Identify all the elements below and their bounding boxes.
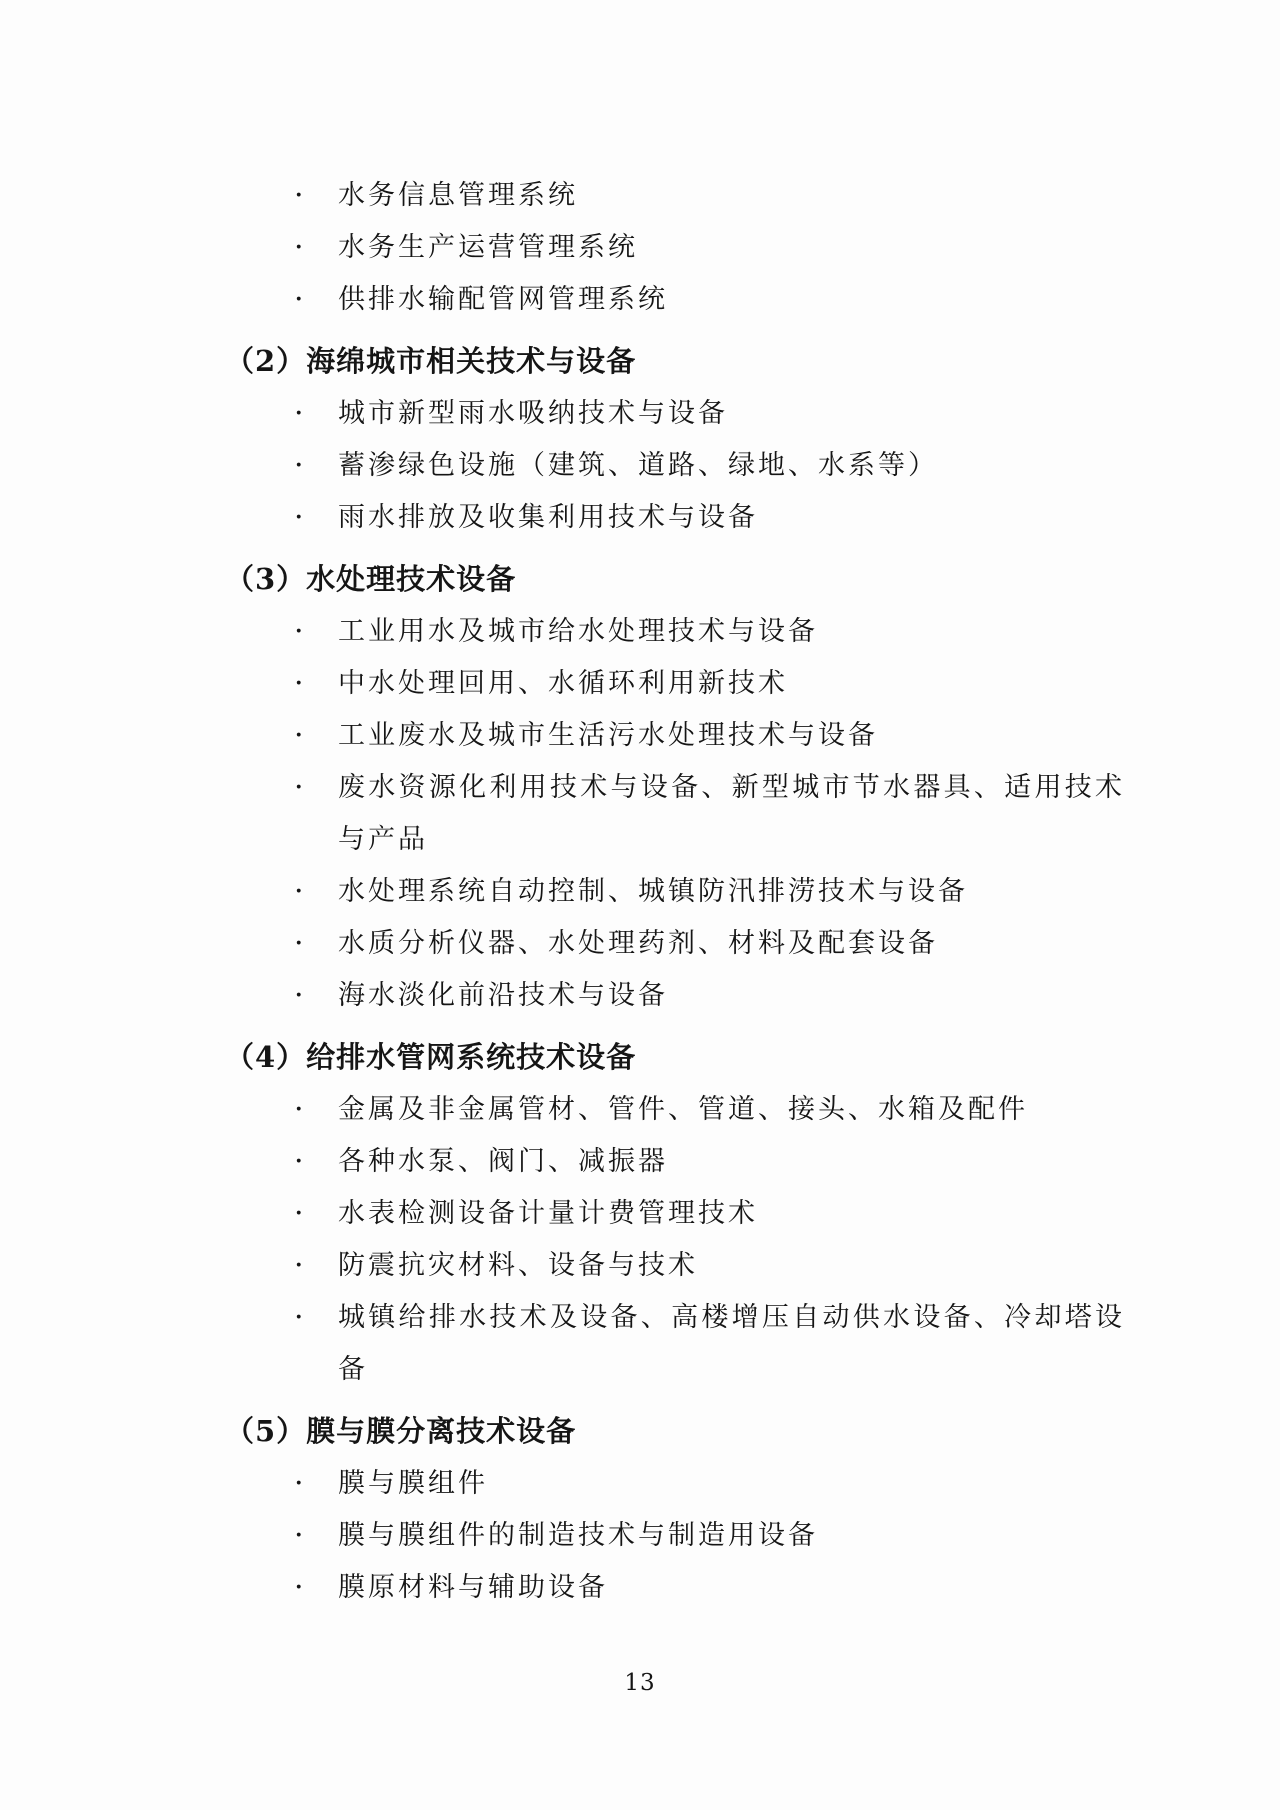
bullet-icon: · bbox=[294, 918, 338, 970]
list-item-text: 海水淡化前沿技术与设备 bbox=[338, 970, 1125, 1022]
list-item-text: 膜与膜组件的制造技术与制造用设备 bbox=[338, 1510, 1125, 1562]
list-item-text-wrap: 与产品 bbox=[338, 814, 1125, 866]
list-item-body: 水表检测设备计量计费管理技术 bbox=[338, 1188, 1125, 1240]
page-number: 13 bbox=[0, 1668, 1280, 1698]
list-item: · 膜与膜组件的制造技术与制造用设备 bbox=[294, 1510, 1125, 1562]
bullet-icon: · bbox=[294, 1458, 338, 1510]
list-item-text: 金属及非金属管材、管件、管道、接头、水箱及配件 bbox=[338, 1084, 1125, 1136]
list-item: · 雨水排放及收集利用技术与设备 bbox=[294, 492, 1125, 544]
list-item: · 城镇给排水技术及设备、高楼增压自动供水设备、冷却塔设 备 bbox=[294, 1292, 1125, 1396]
list-item-body: 膜与膜组件的制造技术与制造用设备 bbox=[338, 1510, 1125, 1562]
bullet-icon: · bbox=[294, 970, 338, 1022]
list-item: · 海水淡化前沿技术与设备 bbox=[294, 970, 1125, 1022]
bullet-icon: · bbox=[294, 762, 338, 866]
section-heading: （2）海绵城市相关技术与设备 bbox=[225, 334, 1125, 388]
list-item: · 城市新型雨水吸纳技术与设备 bbox=[294, 388, 1125, 440]
bullet-icon: · bbox=[294, 1510, 338, 1562]
list-item-body: 供排水输配管网管理系统 bbox=[338, 274, 1125, 326]
bullet-icon: · bbox=[294, 388, 338, 440]
bullet-icon: · bbox=[294, 1292, 338, 1396]
section-heading: （3）水处理技术设备 bbox=[225, 552, 1125, 606]
list-item-body: 防震抗灾材料、设备与技术 bbox=[338, 1240, 1125, 1292]
list-item: · 防震抗灾材料、设备与技术 bbox=[294, 1240, 1125, 1292]
section-heading: （5）膜与膜分离技术设备 bbox=[225, 1404, 1125, 1458]
bullet-icon: · bbox=[294, 1084, 338, 1136]
list-item-text: 水质分析仪器、水处理药剂、材料及配套设备 bbox=[338, 918, 1125, 970]
list-item: · 膜原材料与辅助设备 bbox=[294, 1562, 1125, 1614]
list-item-body: 水处理系统自动控制、城镇防汛排涝技术与设备 bbox=[338, 866, 1125, 918]
bullet-icon: · bbox=[294, 492, 338, 544]
list-item-text: 城镇给排水技术及设备、高楼增压自动供水设备、冷却塔设 bbox=[338, 1292, 1125, 1344]
list-item: · 水处理系统自动控制、城镇防汛排涝技术与设备 bbox=[294, 866, 1125, 918]
bullet-icon: · bbox=[294, 710, 338, 762]
list-item: · 水表检测设备计量计费管理技术 bbox=[294, 1188, 1125, 1240]
bullet-icon: · bbox=[294, 1562, 338, 1614]
list-item-body: 蓄渗绿色设施（建筑、道路、绿地、水系等） bbox=[338, 440, 1125, 492]
list-item-body: 海水淡化前沿技术与设备 bbox=[338, 970, 1125, 1022]
list-item-text: 雨水排放及收集利用技术与设备 bbox=[338, 492, 1125, 544]
list-item-text: 防震抗灾材料、设备与技术 bbox=[338, 1240, 1125, 1292]
list-item-text: 各种水泵、阀门、减振器 bbox=[338, 1136, 1125, 1188]
bullet-icon: · bbox=[294, 1136, 338, 1188]
bullet-icon: · bbox=[294, 222, 338, 274]
list-item: · 工业用水及城市给水处理技术与设备 bbox=[294, 606, 1125, 658]
list-item-body: 城镇给排水技术及设备、高楼增压自动供水设备、冷却塔设 备 bbox=[338, 1292, 1125, 1396]
list-item-text: 城市新型雨水吸纳技术与设备 bbox=[338, 388, 1125, 440]
list-item-text: 工业废水及城市生活污水处理技术与设备 bbox=[338, 710, 1125, 762]
bullet-icon: · bbox=[294, 440, 338, 492]
list-item: · 膜与膜组件 bbox=[294, 1458, 1125, 1510]
list-item: · 工业废水及城市生活污水处理技术与设备 bbox=[294, 710, 1125, 762]
list-item-text: 膜原材料与辅助设备 bbox=[338, 1562, 1125, 1614]
bullet-icon: · bbox=[294, 658, 338, 710]
list-item-text: 膜与膜组件 bbox=[338, 1458, 1125, 1510]
list-item-body: 膜原材料与辅助设备 bbox=[338, 1562, 1125, 1614]
list-item-body: 工业用水及城市给水处理技术与设备 bbox=[338, 606, 1125, 658]
list-item-body: 金属及非金属管材、管件、管道、接头、水箱及配件 bbox=[338, 1084, 1125, 1136]
bullet-icon: · bbox=[294, 274, 338, 326]
document-content: · 水务信息管理系统 · 水务生产运营管理系统 · 供排水输配管网管理系统 （2… bbox=[225, 170, 1125, 1614]
list-item: · 废水资源化利用技术与设备、新型城市节水器具、适用技术 与产品 bbox=[294, 762, 1125, 866]
list-item-body: 废水资源化利用技术与设备、新型城市节水器具、适用技术 与产品 bbox=[338, 762, 1125, 866]
list-item-body: 城市新型雨水吸纳技术与设备 bbox=[338, 388, 1125, 440]
list-item-text: 供排水输配管网管理系统 bbox=[338, 274, 1125, 326]
list-item: · 蓄渗绿色设施（建筑、道路、绿地、水系等） bbox=[294, 440, 1125, 492]
list-item-text: 中水处理回用、水循环利用新技术 bbox=[338, 658, 1125, 710]
bullet-icon: · bbox=[294, 606, 338, 658]
list-item-body: 水质分析仪器、水处理药剂、材料及配套设备 bbox=[338, 918, 1125, 970]
list-item: · 水务生产运营管理系统 bbox=[294, 222, 1125, 274]
list-item-body: 雨水排放及收集利用技术与设备 bbox=[338, 492, 1125, 544]
list-item-text: 蓄渗绿色设施（建筑、道路、绿地、水系等） bbox=[338, 440, 1125, 492]
list-item: · 供排水输配管网管理系统 bbox=[294, 274, 1125, 326]
list-item-body: 膜与膜组件 bbox=[338, 1458, 1125, 1510]
list-item-text: 水处理系统自动控制、城镇防汛排涝技术与设备 bbox=[338, 866, 1125, 918]
list-item-body: 各种水泵、阀门、减振器 bbox=[338, 1136, 1125, 1188]
list-item-text: 工业用水及城市给水处理技术与设备 bbox=[338, 606, 1125, 658]
list-item-text: 水表检测设备计量计费管理技术 bbox=[338, 1188, 1125, 1240]
document-page: · 水务信息管理系统 · 水务生产运营管理系统 · 供排水输配管网管理系统 （2… bbox=[0, 0, 1280, 1810]
section-heading: （4）给排水管网系统技术设备 bbox=[225, 1030, 1125, 1084]
list-item-body: 工业废水及城市生活污水处理技术与设备 bbox=[338, 710, 1125, 762]
list-item: · 中水处理回用、水循环利用新技术 bbox=[294, 658, 1125, 710]
list-item-body: 中水处理回用、水循环利用新技术 bbox=[338, 658, 1125, 710]
list-item-text: 水务信息管理系统 bbox=[338, 170, 1125, 222]
list-item: · 水质分析仪器、水处理药剂、材料及配套设备 bbox=[294, 918, 1125, 970]
list-item: · 水务信息管理系统 bbox=[294, 170, 1125, 222]
list-item: · 各种水泵、阀门、减振器 bbox=[294, 1136, 1125, 1188]
list-item-body: 水务生产运营管理系统 bbox=[338, 222, 1125, 274]
list-item-text-wrap: 备 bbox=[338, 1344, 1125, 1396]
list-item-text: 水务生产运营管理系统 bbox=[338, 222, 1125, 274]
list-item-text: 废水资源化利用技术与设备、新型城市节水器具、适用技术 bbox=[338, 762, 1125, 814]
bullet-icon: · bbox=[294, 866, 338, 918]
bullet-icon: · bbox=[294, 1240, 338, 1292]
list-item-body: 水务信息管理系统 bbox=[338, 170, 1125, 222]
bullet-icon: · bbox=[294, 1188, 338, 1240]
list-item: · 金属及非金属管材、管件、管道、接头、水箱及配件 bbox=[294, 1084, 1125, 1136]
bullet-icon: · bbox=[294, 170, 338, 222]
